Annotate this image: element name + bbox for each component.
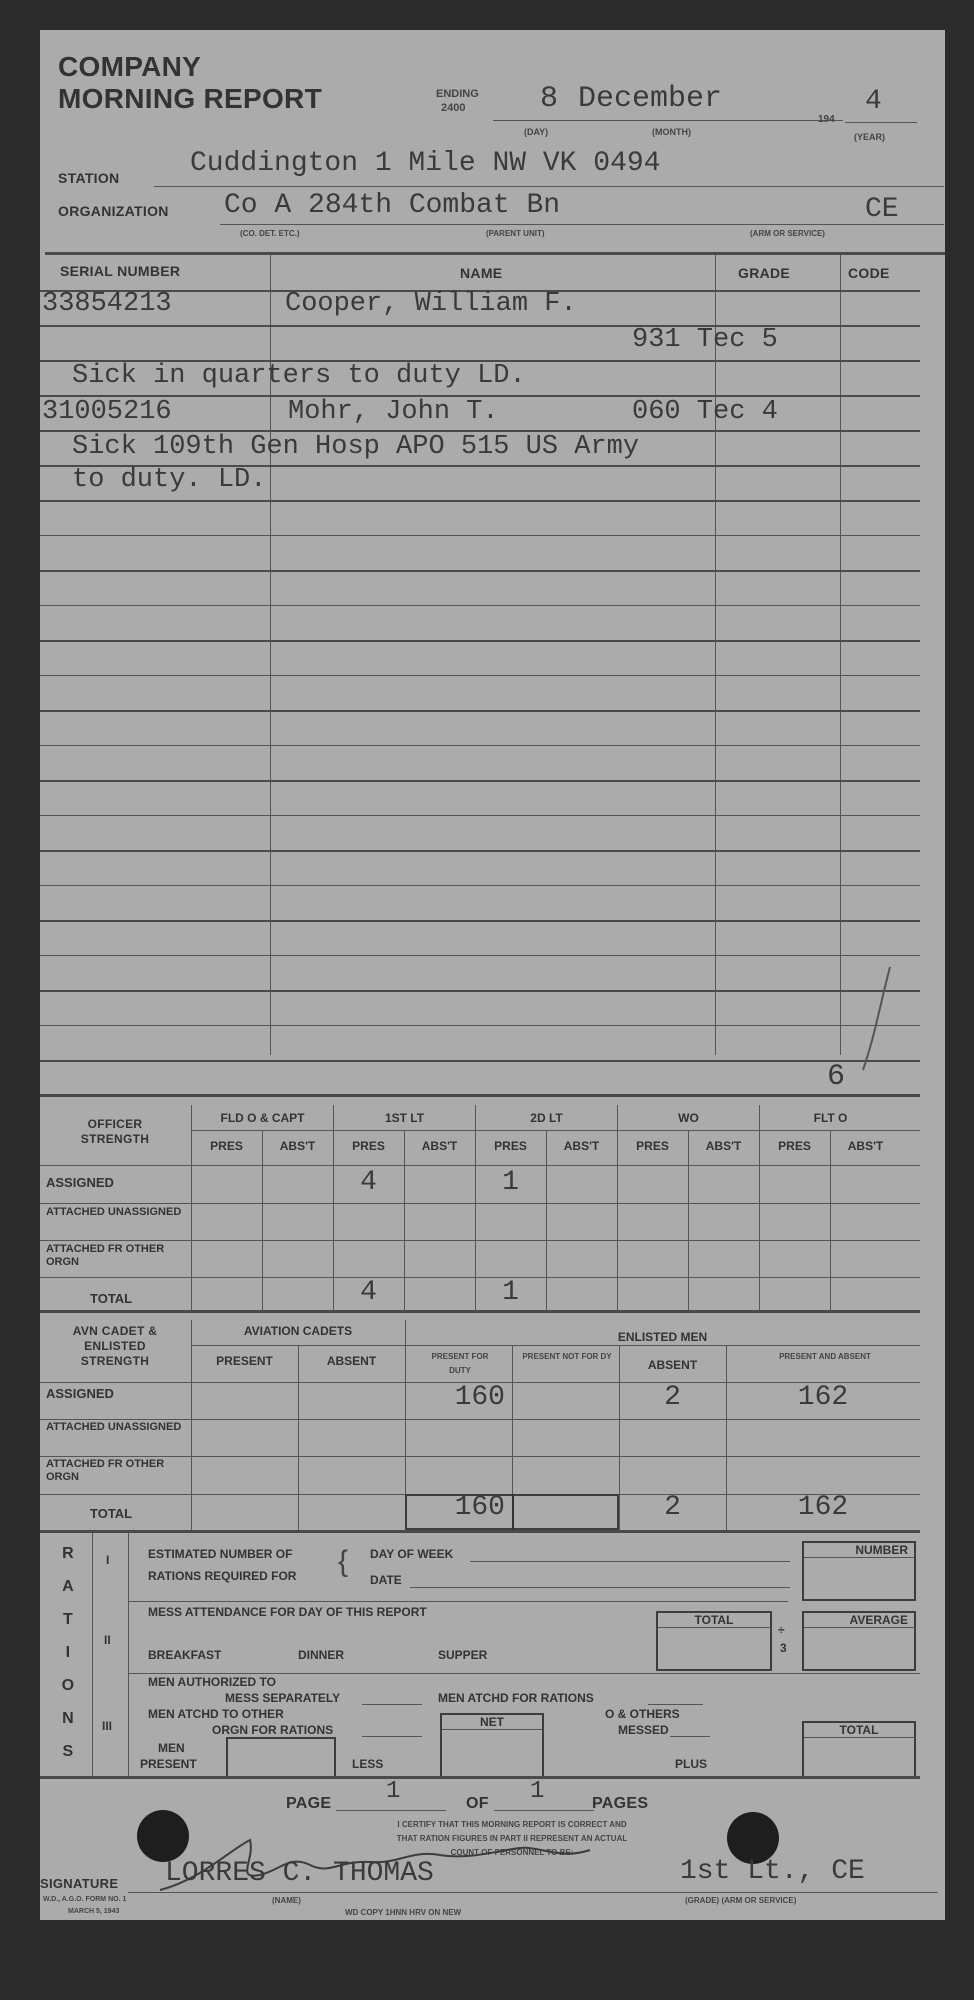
enlisted-strength-table: AVN CADET & ENLISTED STRENGTH AVIATION C… (40, 1320, 920, 1530)
col-present-for-duty: PRESENT FOR DUTY (420, 1350, 500, 1378)
day-of-week-label: DAY OF WEEK (370, 1547, 453, 1561)
entry-2-remark-2: to duty. LD. (72, 465, 266, 495)
form-date: MARCH 5, 1943 (68, 1908, 119, 1915)
row-label-attached-unassigned: ATTACHED UNASSIGNED (46, 1206, 186, 1219)
form-title-line1: COMPANY (58, 52, 201, 82)
day-of-week-field[interactable] (470, 1561, 790, 1562)
entry-2-name: Mohr, John T. (288, 397, 499, 427)
day-caption: (DAY) (524, 127, 548, 137)
col-cadets-absent: ABSENT (298, 1354, 405, 1368)
arm-or-service-value: CE (865, 194, 899, 225)
rations-total-box[interactable]: TOTAL (802, 1721, 916, 1779)
divide-by-three: 3 (780, 1641, 787, 1655)
col-present-and-absent: PRESENT AND ABSENT (770, 1350, 880, 1364)
station-underline (154, 186, 944, 187)
entry-2-serial: 31005216 (42, 397, 172, 427)
total-absent: 2 (619, 1492, 726, 1523)
assigned-absent: 2 (619, 1382, 726, 1413)
sub-abst: ABS'T (546, 1139, 617, 1153)
orgn-for-rations-field[interactable] (362, 1736, 422, 1737)
men-present-label-2: PRESENT (140, 1757, 197, 1771)
mess-separately-label: MESS SEPARATELY (225, 1691, 340, 1705)
ending-time: 2400 (441, 102, 465, 114)
entry-2-remark-1: Sick 109th Gen Hosp APO 515 US Army (72, 432, 639, 462)
page-value: 1 (386, 1778, 400, 1805)
form-number: W.D., A.G.O. FORM NO. 1 (43, 1896, 126, 1903)
messed-field[interactable] (670, 1736, 710, 1737)
page-field (336, 1810, 446, 1811)
row-label-assigned: ASSIGNED (46, 1175, 114, 1190)
sub-abst: ABS'T (830, 1139, 901, 1153)
signer-name: LORRES C. THOMAS (165, 1858, 434, 1889)
mess-total-box[interactable]: TOTAL (656, 1611, 772, 1671)
station-label: STATION (58, 170, 119, 186)
mess-attendance-label: MESS ATTENDANCE FOR DAY OF THIS REPORT (148, 1605, 427, 1619)
plus-label: PLUS (675, 1757, 707, 1771)
assigned-present-for-duty: 160 (405, 1382, 505, 1413)
total-present-for-duty: 160 (405, 1492, 505, 1523)
men-authorized-label: MEN AUTHORIZED TO (148, 1675, 276, 1689)
row-label-total: TOTAL (90, 1506, 132, 1521)
divider-name-grade (715, 255, 716, 1055)
name-caption: (NAME) (272, 1896, 301, 1905)
year-underline (845, 122, 917, 123)
number-box[interactable]: NUMBER (802, 1541, 916, 1601)
rations-side-label: RATIONS (58, 1537, 78, 1768)
date-underline (493, 120, 843, 121)
sub-abst: ABS'T (262, 1139, 333, 1153)
messed-label: MESSED (618, 1723, 669, 1737)
date-label: DATE (370, 1573, 402, 1587)
less-label: LESS (352, 1757, 383, 1771)
rations-required-label: RATIONS REQUIRED FOR (148, 1569, 296, 1583)
year-value: 4 (865, 86, 882, 117)
header-grade: GRADE (738, 265, 790, 281)
men-present-box[interactable] (226, 1737, 336, 1779)
of-label: OF (466, 1795, 489, 1813)
entry-1-serial: 33854213 (42, 289, 172, 319)
supper-label: SUPPER (438, 1648, 487, 1662)
section-i-number: I (106, 1553, 109, 1567)
entry-2-grade: 060 Tec 4 (632, 397, 778, 427)
organization-value: Co A 284th Combat Bn (224, 190, 560, 221)
net-box[interactable]: NET (440, 1713, 544, 1779)
breakfast-label: BREAKFAST (148, 1648, 221, 1662)
header-code: CODE (848, 265, 890, 281)
signer-grade: 1st Lt., CE (680, 1856, 865, 1887)
entry-1-remark: Sick in quarters to duty LD. (72, 361, 526, 391)
col-present-not-for-dy: PRESENT NOT FOR DY (522, 1350, 612, 1364)
ending-label: ENDING (436, 88, 479, 100)
mess-separately-field[interactable] (362, 1704, 422, 1705)
assigned-2d-lt-pres: 1 (475, 1167, 546, 1198)
organization-underline (220, 224, 944, 225)
group-enlisted-men: ENLISTED MEN (405, 1330, 920, 1344)
organization-label: ORGANIZATION (58, 203, 169, 219)
assigned-1st-lt-pres: 4 (333, 1167, 404, 1198)
signature-line (128, 1892, 938, 1893)
group-flt-o: FLT O (763, 1111, 898, 1125)
section-iii-number: III (102, 1719, 112, 1733)
form-note: WD COPY 1HNN HRV ON NEW (345, 1908, 461, 1917)
form-title-line2: MORNING REPORT (58, 84, 322, 114)
men-present-label-1: MEN (158, 1741, 185, 1755)
brace-icon: { (338, 1545, 348, 1579)
sub-pres: PRES (617, 1139, 688, 1153)
sub-abst: ABS'T (688, 1139, 759, 1153)
dinner-label: DINNER (298, 1648, 344, 1662)
o-and-others-label: O & OTHERS (605, 1707, 680, 1721)
enlisted-strength-title: AVN CADET & ENLISTED STRENGTH (60, 1324, 170, 1369)
entry-1-grade: 931 Tec 5 (632, 325, 778, 355)
entry-1-name: Cooper, William F. (285, 289, 577, 319)
page-label: PAGE (286, 1795, 331, 1813)
assigned-present-and-absent: 162 (726, 1382, 920, 1413)
row-label-assigned: ASSIGNED (46, 1386, 114, 1401)
rations-section: RATIONS I ESTIMATED NUMBER OF RATIONS RE… (40, 1533, 920, 1776)
entries-table: SERIAL NUMBER NAME GRADE CODE 3 (40, 255, 945, 1100)
pages-label: PAGES (592, 1795, 648, 1813)
total-2d-lt-pres: 1 (475, 1277, 546, 1308)
officer-strength-table: OFFICER STRENGTH FLD O & CAPT 1ST LT 2D … (40, 1105, 920, 1310)
sub-pres: PRES (191, 1139, 262, 1153)
station-value: Cuddington 1 Mile NW VK 0494 (190, 148, 660, 179)
pencil-stroke-icon (835, 965, 895, 1075)
group-2d-lt: 2D LT (479, 1111, 614, 1125)
row-label-attached-fr-other: ATTACHED FR OTHER ORGN (46, 1458, 186, 1484)
grade-caption: (GRADE) (ARM OR SERVICE) (685, 1896, 796, 1905)
row-label-attached-unassigned: ATTACHED UNASSIGNED (46, 1421, 186, 1434)
month-caption: (MONTH) (652, 127, 691, 137)
pages-value: 1 (530, 1778, 544, 1805)
date-field[interactable] (410, 1587, 790, 1588)
group-1st-lt: 1ST LT (337, 1111, 472, 1125)
pages-field (494, 1810, 594, 1811)
header-name: NAME (460, 265, 502, 281)
group-wo: WO (621, 1111, 756, 1125)
estimated-number-label: ESTIMATED NUMBER OF (148, 1547, 292, 1561)
group-aviation-cadets: AVIATION CADETS (191, 1324, 405, 1338)
morning-report-page: COMPANY MORNING REPORT ENDING 2400 8 Dec… (40, 30, 945, 1920)
day-value: 8 (540, 82, 558, 116)
signature-label: SIGNATURE (40, 1876, 118, 1891)
caption-parent-unit: (PARENT UNIT) (486, 229, 545, 238)
sub-pres: PRES (759, 1139, 830, 1153)
divider-grade-code (840, 255, 841, 1055)
caption-co-det: (CO. DET. ETC.) (240, 229, 300, 238)
men-atchd-rations-field[interactable] (648, 1704, 703, 1705)
men-atchd-other-label: MEN ATCHD TO OTHER (148, 1707, 284, 1721)
year-prefix: 194 (818, 114, 835, 125)
officer-strength-title: OFFICER STRENGTH (60, 1117, 170, 1147)
sub-pres: PRES (475, 1139, 546, 1153)
group-fld-o-capt: FLD O & CAPT (195, 1111, 330, 1125)
year-caption: (YEAR) (854, 132, 885, 142)
total-1st-lt-pres: 4 (333, 1277, 404, 1308)
divide-icon: ÷ (778, 1623, 785, 1637)
men-atchd-rations-label: MEN ATCHD FOR RATIONS (438, 1691, 594, 1705)
mess-average-box[interactable]: AVERAGE (802, 1611, 916, 1671)
sub-abst: ABS'T (404, 1139, 475, 1153)
col-enlisted-absent: ABSENT (619, 1358, 726, 1372)
sub-pres: PRES (333, 1139, 404, 1153)
section-ii-number: II (104, 1633, 111, 1647)
header-serial-number: SERIAL NUMBER (60, 263, 180, 279)
row-label-attached-fr-other: ATTACHED FR OTHER ORGN (46, 1243, 186, 1269)
month-value: December (578, 82, 722, 116)
orgn-for-rations-label: ORGN FOR RATIONS (212, 1723, 333, 1737)
total-present-and-absent: 162 (726, 1492, 920, 1523)
col-cadets-present: PRESENT (191, 1354, 298, 1368)
caption-arm-service: (ARM OR SERVICE) (750, 229, 825, 238)
row-label-total: TOTAL (90, 1291, 132, 1306)
